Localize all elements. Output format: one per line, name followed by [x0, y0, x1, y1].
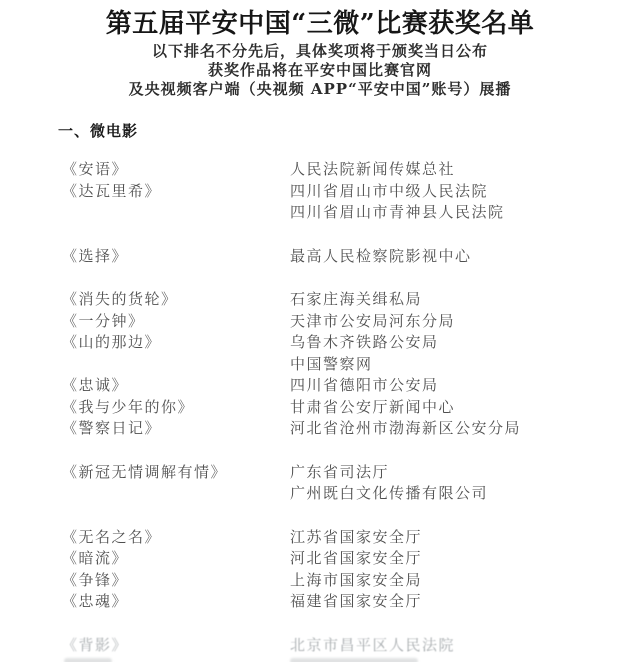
organization: 四川省德阳市公安局 — [290, 375, 640, 397]
award-row: 《忠魂》福建省国家安全厅 — [0, 591, 640, 613]
award-row: 《达瓦里希》四川省眉山市中级人民法院 — [0, 181, 640, 203]
work-title — [62, 202, 290, 224]
award-group: 《安语》人民法院新闻传媒总社《达瓦里希》四川省眉山市中级人民法院四川省眉山市青神… — [0, 159, 640, 224]
page-title: 第五届平安中国“三微”比赛获奖名单 — [0, 9, 640, 39]
organization: 人民法院新闻传媒总社 — [290, 159, 640, 181]
subtitle-line-2: 获奖作品将在平安中国比赛官网 — [0, 61, 640, 80]
work-title: 《达瓦里希》 — [62, 181, 290, 203]
cutoff-text-remnant — [64, 658, 112, 662]
section-heading-micro-film: 一、微电影 — [58, 123, 640, 139]
work-title: 《忠魂》 — [62, 591, 290, 613]
award-group: 《消失的货轮》石家庄海关缉私局《一分钟》天津市公安局河东分局《山的那边》乌鲁木齐… — [0, 289, 640, 440]
subtitle-block: 以下排名不分先后，具体奖项将于颁奖当日公布 获奖作品将在平安中国比赛官网 及央视… — [0, 42, 640, 99]
work-title — [62, 483, 290, 505]
work-title: 《山的那边》 — [62, 332, 290, 354]
organization: 上海市国家安全局 — [290, 570, 640, 592]
award-row: 《消失的货轮》石家庄海关缉私局 — [0, 289, 640, 311]
award-row: 《警察日记》河北省沧州市渤海新区公安分局 — [0, 418, 640, 440]
award-row: 《选择》最高人民检察院影视中心 — [0, 246, 640, 268]
work-title: 《消失的货轮》 — [62, 289, 290, 311]
award-group: 《新冠无情调解有情》广东省司法厅广州既白文化传播有限公司 — [0, 462, 640, 505]
work-title: 《新冠无情调解有情》 — [62, 462, 290, 484]
award-group: 《选择》最高人民检察院影视中心 — [0, 246, 640, 268]
award-row: 中国警察网 — [0, 354, 640, 376]
work-title: 《一分钟》 — [62, 311, 290, 333]
award-row: 《一分钟》天津市公安局河东分局 — [0, 311, 640, 333]
organization: 甘肃省公安厅新闻中心 — [290, 397, 640, 419]
work-title: 《警察日记》 — [62, 418, 290, 440]
organization: 中国警察网 — [290, 354, 640, 376]
organization: 福建省国家安全厅 — [290, 591, 640, 613]
organization: 广州既白文化传播有限公司 — [290, 483, 640, 505]
organization: 最高人民检察院影视中心 — [290, 246, 640, 268]
award-row: 《暗流》河北省国家安全厅 — [0, 548, 640, 570]
work-title: 《忠诚》 — [62, 375, 290, 397]
award-row: 《新冠无情调解有情》广东省司法厅 — [0, 462, 640, 484]
organization: 四川省眉山市青神县人民法院 — [290, 202, 640, 224]
organization: 北京市昌平区人民法院 — [290, 635, 640, 657]
award-list: 《安语》人民法院新闻传媒总社《达瓦里希》四川省眉山市中级人民法院四川省眉山市青神… — [0, 159, 640, 656]
work-title: 《我与少年的你》 — [62, 397, 290, 419]
work-title: 《安语》 — [62, 159, 290, 181]
subtitle-line-3: 及央视频客户端（央视频 APP“平安中国”账号）展播 — [0, 80, 640, 99]
organization: 乌鲁木齐铁路公安局 — [290, 332, 640, 354]
work-title — [62, 354, 290, 376]
award-group: 《无名之名》江苏省国家安全厅《暗流》河北省国家安全厅《争锋》上海市国家安全局《忠… — [0, 527, 640, 613]
document-page: 第五届平安中国“三微”比赛获奖名单 以下排名不分先后，具体奖项将于颁奖当日公布 … — [0, 0, 640, 662]
cutoff-text-remnant — [290, 658, 418, 662]
organization: 河北省国家安全厅 — [290, 548, 640, 570]
organization: 石家庄海关缉私局 — [290, 289, 640, 311]
award-row: 四川省眉山市青神县人民法院 — [0, 202, 640, 224]
work-title: 《无名之名》 — [62, 527, 290, 549]
work-title: 《背影》 — [62, 635, 290, 657]
organization: 天津市公安局河东分局 — [290, 311, 640, 333]
award-group: 《背影》北京市昌平区人民法院 — [0, 635, 640, 657]
award-row: 《背影》北京市昌平区人民法院 — [0, 635, 640, 657]
award-row: 《争锋》上海市国家安全局 — [0, 570, 640, 592]
award-row: 广州既白文化传播有限公司 — [0, 483, 640, 505]
award-row: 《安语》人民法院新闻传媒总社 — [0, 159, 640, 181]
award-row: 《忠诚》四川省德阳市公安局 — [0, 375, 640, 397]
work-title: 《暗流》 — [62, 548, 290, 570]
work-title: 《选择》 — [62, 246, 290, 268]
work-title: 《争锋》 — [62, 570, 290, 592]
organization: 江苏省国家安全厅 — [290, 527, 640, 549]
organization: 河北省沧州市渤海新区公安分局 — [290, 418, 640, 440]
subtitle-line-1: 以下排名不分先后，具体奖项将于颁奖当日公布 — [0, 42, 640, 61]
award-row: 《山的那边》乌鲁木齐铁路公安局 — [0, 332, 640, 354]
award-row: 《我与少年的你》甘肃省公安厅新闻中心 — [0, 397, 640, 419]
organization: 四川省眉山市中级人民法院 — [290, 181, 640, 203]
organization: 广东省司法厅 — [290, 462, 640, 484]
award-row: 《无名之名》江苏省国家安全厅 — [0, 527, 640, 549]
